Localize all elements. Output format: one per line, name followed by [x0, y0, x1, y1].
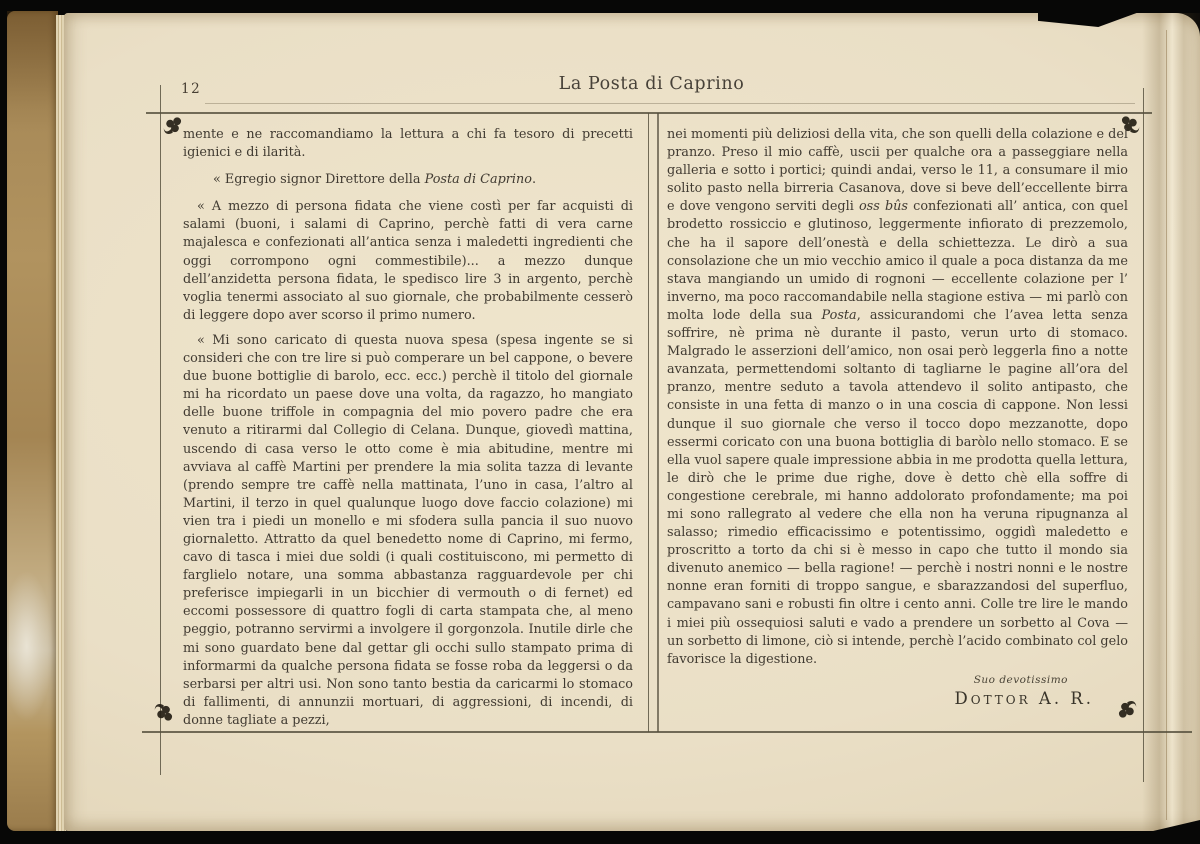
trefoil-fleuron-icon	[154, 702, 175, 723]
frame-right-rule	[1143, 88, 1144, 782]
column-divider-rule	[657, 113, 659, 732]
paragraph: « A mezzo di persona fidata che viene co…	[183, 198, 633, 325]
column-divider-rule	[648, 113, 649, 732]
paragraph: « Egregio signor Direttore della Posta d…	[183, 171, 633, 189]
paragraph: « Mi sono caricato di questa nuova spesa…	[183, 332, 633, 728]
text-column-right-paragraphs: nei momenti più deliziosi della vita, ch…	[667, 126, 1128, 669]
paragraph: nei momenti più deliziosi della vita, ch…	[667, 126, 1128, 669]
header-underline-faint	[205, 103, 1135, 104]
text-column-left: mente e ne raccomandiamo la lettura a ch…	[183, 126, 633, 728]
signature-valediction: Suo devotissimo	[667, 671, 1128, 689]
page-title: La Posta di Caprino	[160, 74, 1143, 94]
header-rule	[146, 112, 1152, 114]
paragraph: mente e ne raccomandiamo la lettura a ch…	[183, 126, 633, 162]
frame-left-rule	[160, 85, 161, 775]
footer-rule	[142, 731, 1192, 733]
text-column-right: nei momenti più deliziosi della vita, ch…	[667, 126, 1128, 728]
printed-page: 12 La Posta di Caprino mente e ne raccom…	[0, 0, 1200, 844]
trefoil-fleuron-icon	[163, 115, 184, 136]
signature-name: Dottor A. R.	[667, 690, 1128, 708]
